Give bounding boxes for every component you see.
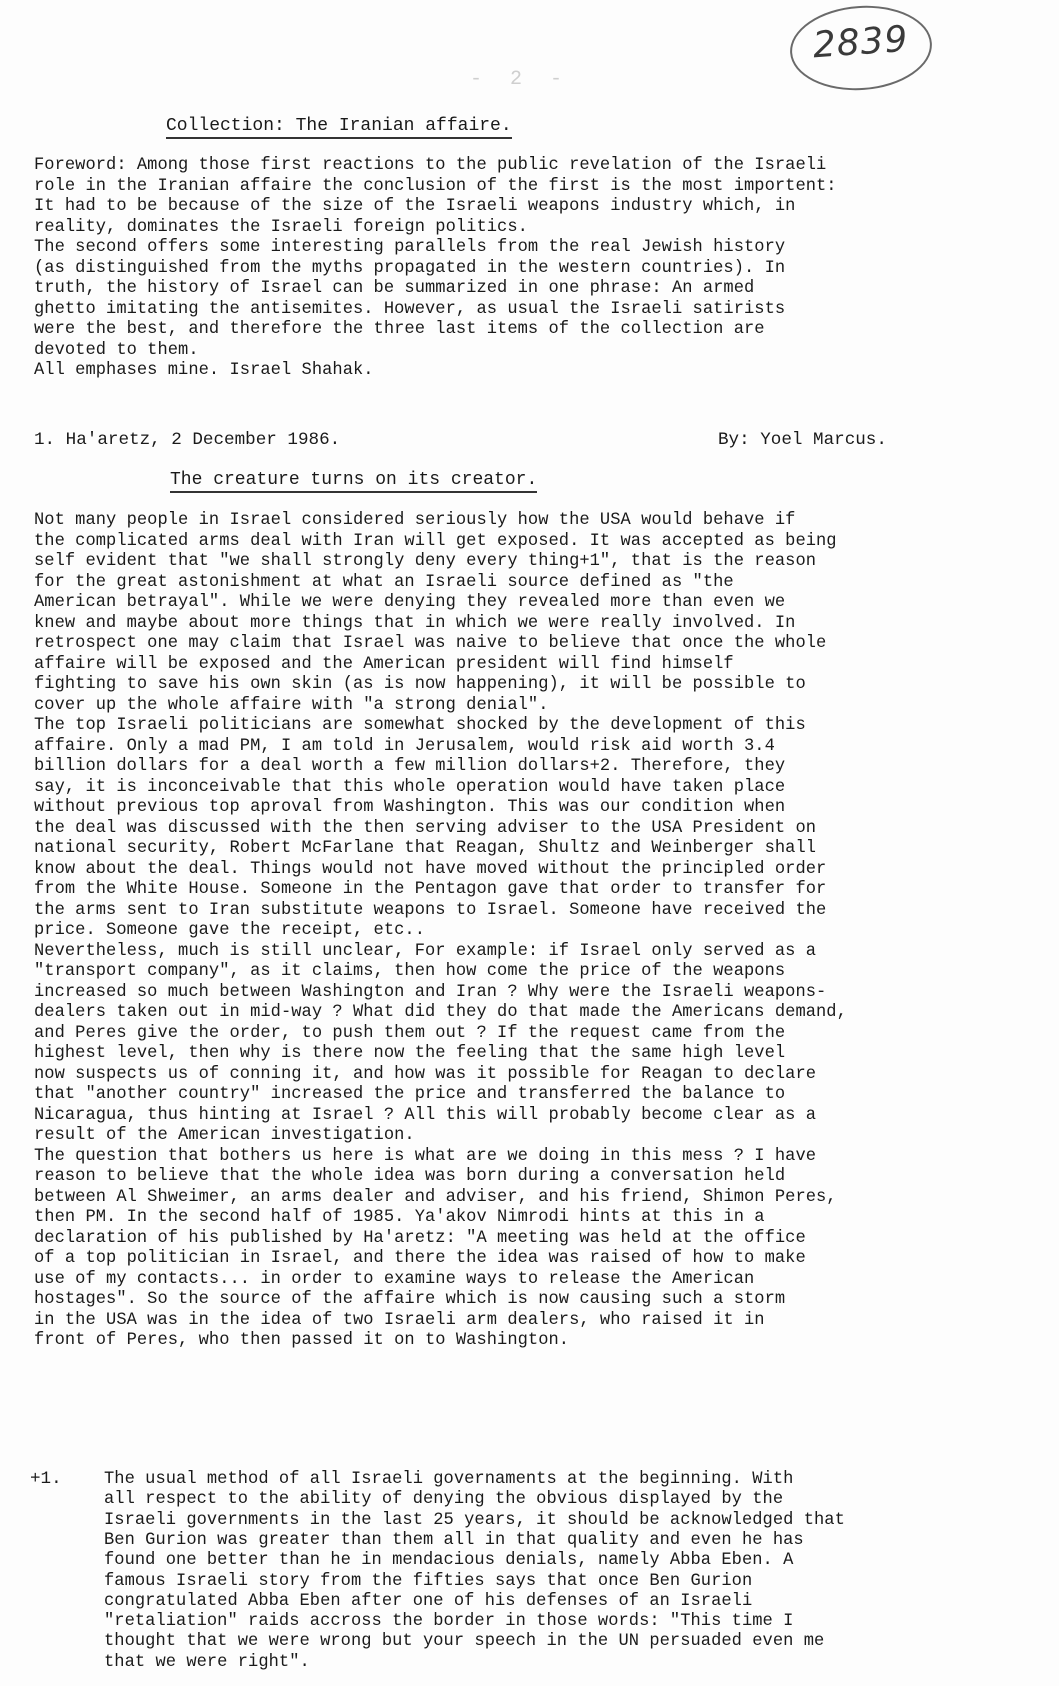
body-line: front of Peres, who then passed it on to… <box>34 1330 569 1350</box>
collection-title: Collection: The Iranian affaire. <box>166 116 512 139</box>
body-line: hostages". So the source of the affaire … <box>34 1289 785 1309</box>
body-line: knew and maybe about more things that in… <box>34 613 795 633</box>
foreword-line: (as distinguished from the myths propaga… <box>34 258 785 278</box>
body-line: self evident that "we shall strongly den… <box>34 551 816 571</box>
body-line: reason to believe that the whole idea wa… <box>34 1166 785 1186</box>
body-line: cover up the whole affaire with "a stron… <box>34 695 548 715</box>
footnote-line: that we were right". <box>104 1652 310 1672</box>
footnote-line: Ben Gurion was greater than them all in … <box>104 1530 804 1550</box>
footnote-line: Israeli governments in the last 25 years… <box>104 1510 845 1530</box>
body-line: national security, Robert McFarlane that… <box>34 838 816 858</box>
foreword-line: All emphases mine. Israel Shahak. <box>34 360 374 380</box>
body-line: that "another country" increased the pri… <box>34 1084 785 1104</box>
body-line: The question that bothers us here is wha… <box>34 1146 816 1166</box>
body-line: the complicated arms deal with Iran will… <box>34 531 837 551</box>
body-line: the arms sent to Iran substitute weapons… <box>34 900 826 920</box>
foreword-line: Foreword: Among those first reactions to… <box>34 155 826 175</box>
body-line: then PM. In the second half of 1985. Ya'… <box>34 1207 765 1227</box>
body-line: and Peres give the order, to push them o… <box>34 1023 785 1043</box>
foreword-line: were the best, and therefore the three l… <box>34 319 765 339</box>
body-line: affaire will be exposed and the American… <box>34 654 734 674</box>
document-page: - 2 - 2839 Collection: The Iranian affai… <box>0 0 1059 1686</box>
page-number-marker: - 2 - <box>470 68 570 91</box>
foreword-line: truth, the history of Israel can be summ… <box>34 278 754 298</box>
body-line: declaration of his published by Ha'aretz… <box>34 1228 806 1248</box>
body-line: of a top politician in Israel, and there… <box>34 1248 806 1268</box>
foreword-line: reality, dominates the Israeli foreign p… <box>34 217 528 237</box>
body-line: "transport company", as it claims, then … <box>34 961 785 981</box>
body-line: retrospect one may claim that Israel was… <box>34 633 826 653</box>
body-line: highest level, then why is there now the… <box>34 1043 785 1063</box>
body-line: The top Israeli politicians are somewhat… <box>34 715 806 735</box>
footnote-line: The usual method of all Israeli governam… <box>104 1469 793 1489</box>
item-source: 1. Ha'aretz, 2 December 1986. <box>34 430 340 450</box>
footnote-line: "retaliation" raids accross the border i… <box>104 1611 793 1631</box>
body-line: say, it is inconceivable that this whole… <box>34 777 785 797</box>
body-line: Nicaragua, thus hinting at Israel ? All … <box>34 1105 816 1125</box>
body-line: increased so much between Washington and… <box>34 982 826 1002</box>
article-headline: The creature turns on its creator. <box>170 470 537 493</box>
body-line: Not many people in Israel considered ser… <box>34 510 795 530</box>
footnote-line: congratulated Abba Eben after one of his… <box>104 1591 752 1611</box>
body-line: in the USA was in the idea of two Israel… <box>34 1310 765 1330</box>
body-line: without previous top aproval from Washin… <box>34 797 785 817</box>
foreword-line: ghetto imitating the antisemites. Howeve… <box>34 299 785 319</box>
body-line: for the great astonishment at what an Is… <box>34 572 734 592</box>
body-line: American betrayal". While we were denyin… <box>34 592 785 612</box>
body-line: fighting to save his own skin (as is now… <box>34 674 806 694</box>
foreword-line: It had to be because of the size of the … <box>34 196 795 216</box>
body-line: price. Someone gave the receipt, etc.. <box>34 920 425 940</box>
footnote-marker: +1. <box>30 1469 62 1489</box>
footnote-line: found one better than he in mendacious d… <box>104 1550 793 1570</box>
body-line: now suspects us of conning it, and how w… <box>34 1064 816 1084</box>
foreword-line: role in the Iranian affaire the conclusi… <box>34 176 837 196</box>
archive-number-stamp: 2839 <box>787 1 935 95</box>
footnote-line: thought that we were wrong but your spee… <box>104 1631 824 1651</box>
body-line: Nevertheless, much is still unclear, For… <box>34 941 816 961</box>
archive-number: 2839 <box>790 17 931 68</box>
item-byline: By: Yoel Marcus. <box>718 430 887 450</box>
body-line: the deal was discussed with the then ser… <box>34 818 816 838</box>
body-line: result of the American investigation. <box>34 1125 415 1145</box>
body-line: between Al Shweimer, an arms dealer and … <box>34 1187 837 1207</box>
footnote-line: famous Israeli story from the fifties sa… <box>104 1571 752 1591</box>
body-line: know about the deal. Things would not ha… <box>34 859 826 879</box>
body-line: use of my contacts... in order to examin… <box>34 1269 754 1289</box>
body-line: affaire. Only a mad PM, I am told in Jer… <box>34 736 775 756</box>
body-line: billion dollars for a deal worth a few m… <box>34 756 785 776</box>
foreword-line: The second offers some interesting paral… <box>34 237 785 257</box>
footnote-line: all respect to the ability of denying th… <box>104 1489 783 1509</box>
body-line: dealers taken out in mid-way ? What did … <box>34 1002 847 1022</box>
foreword-line: devoted to them. <box>34 340 199 360</box>
body-line: from the White House. Someone in the Pen… <box>34 879 826 899</box>
